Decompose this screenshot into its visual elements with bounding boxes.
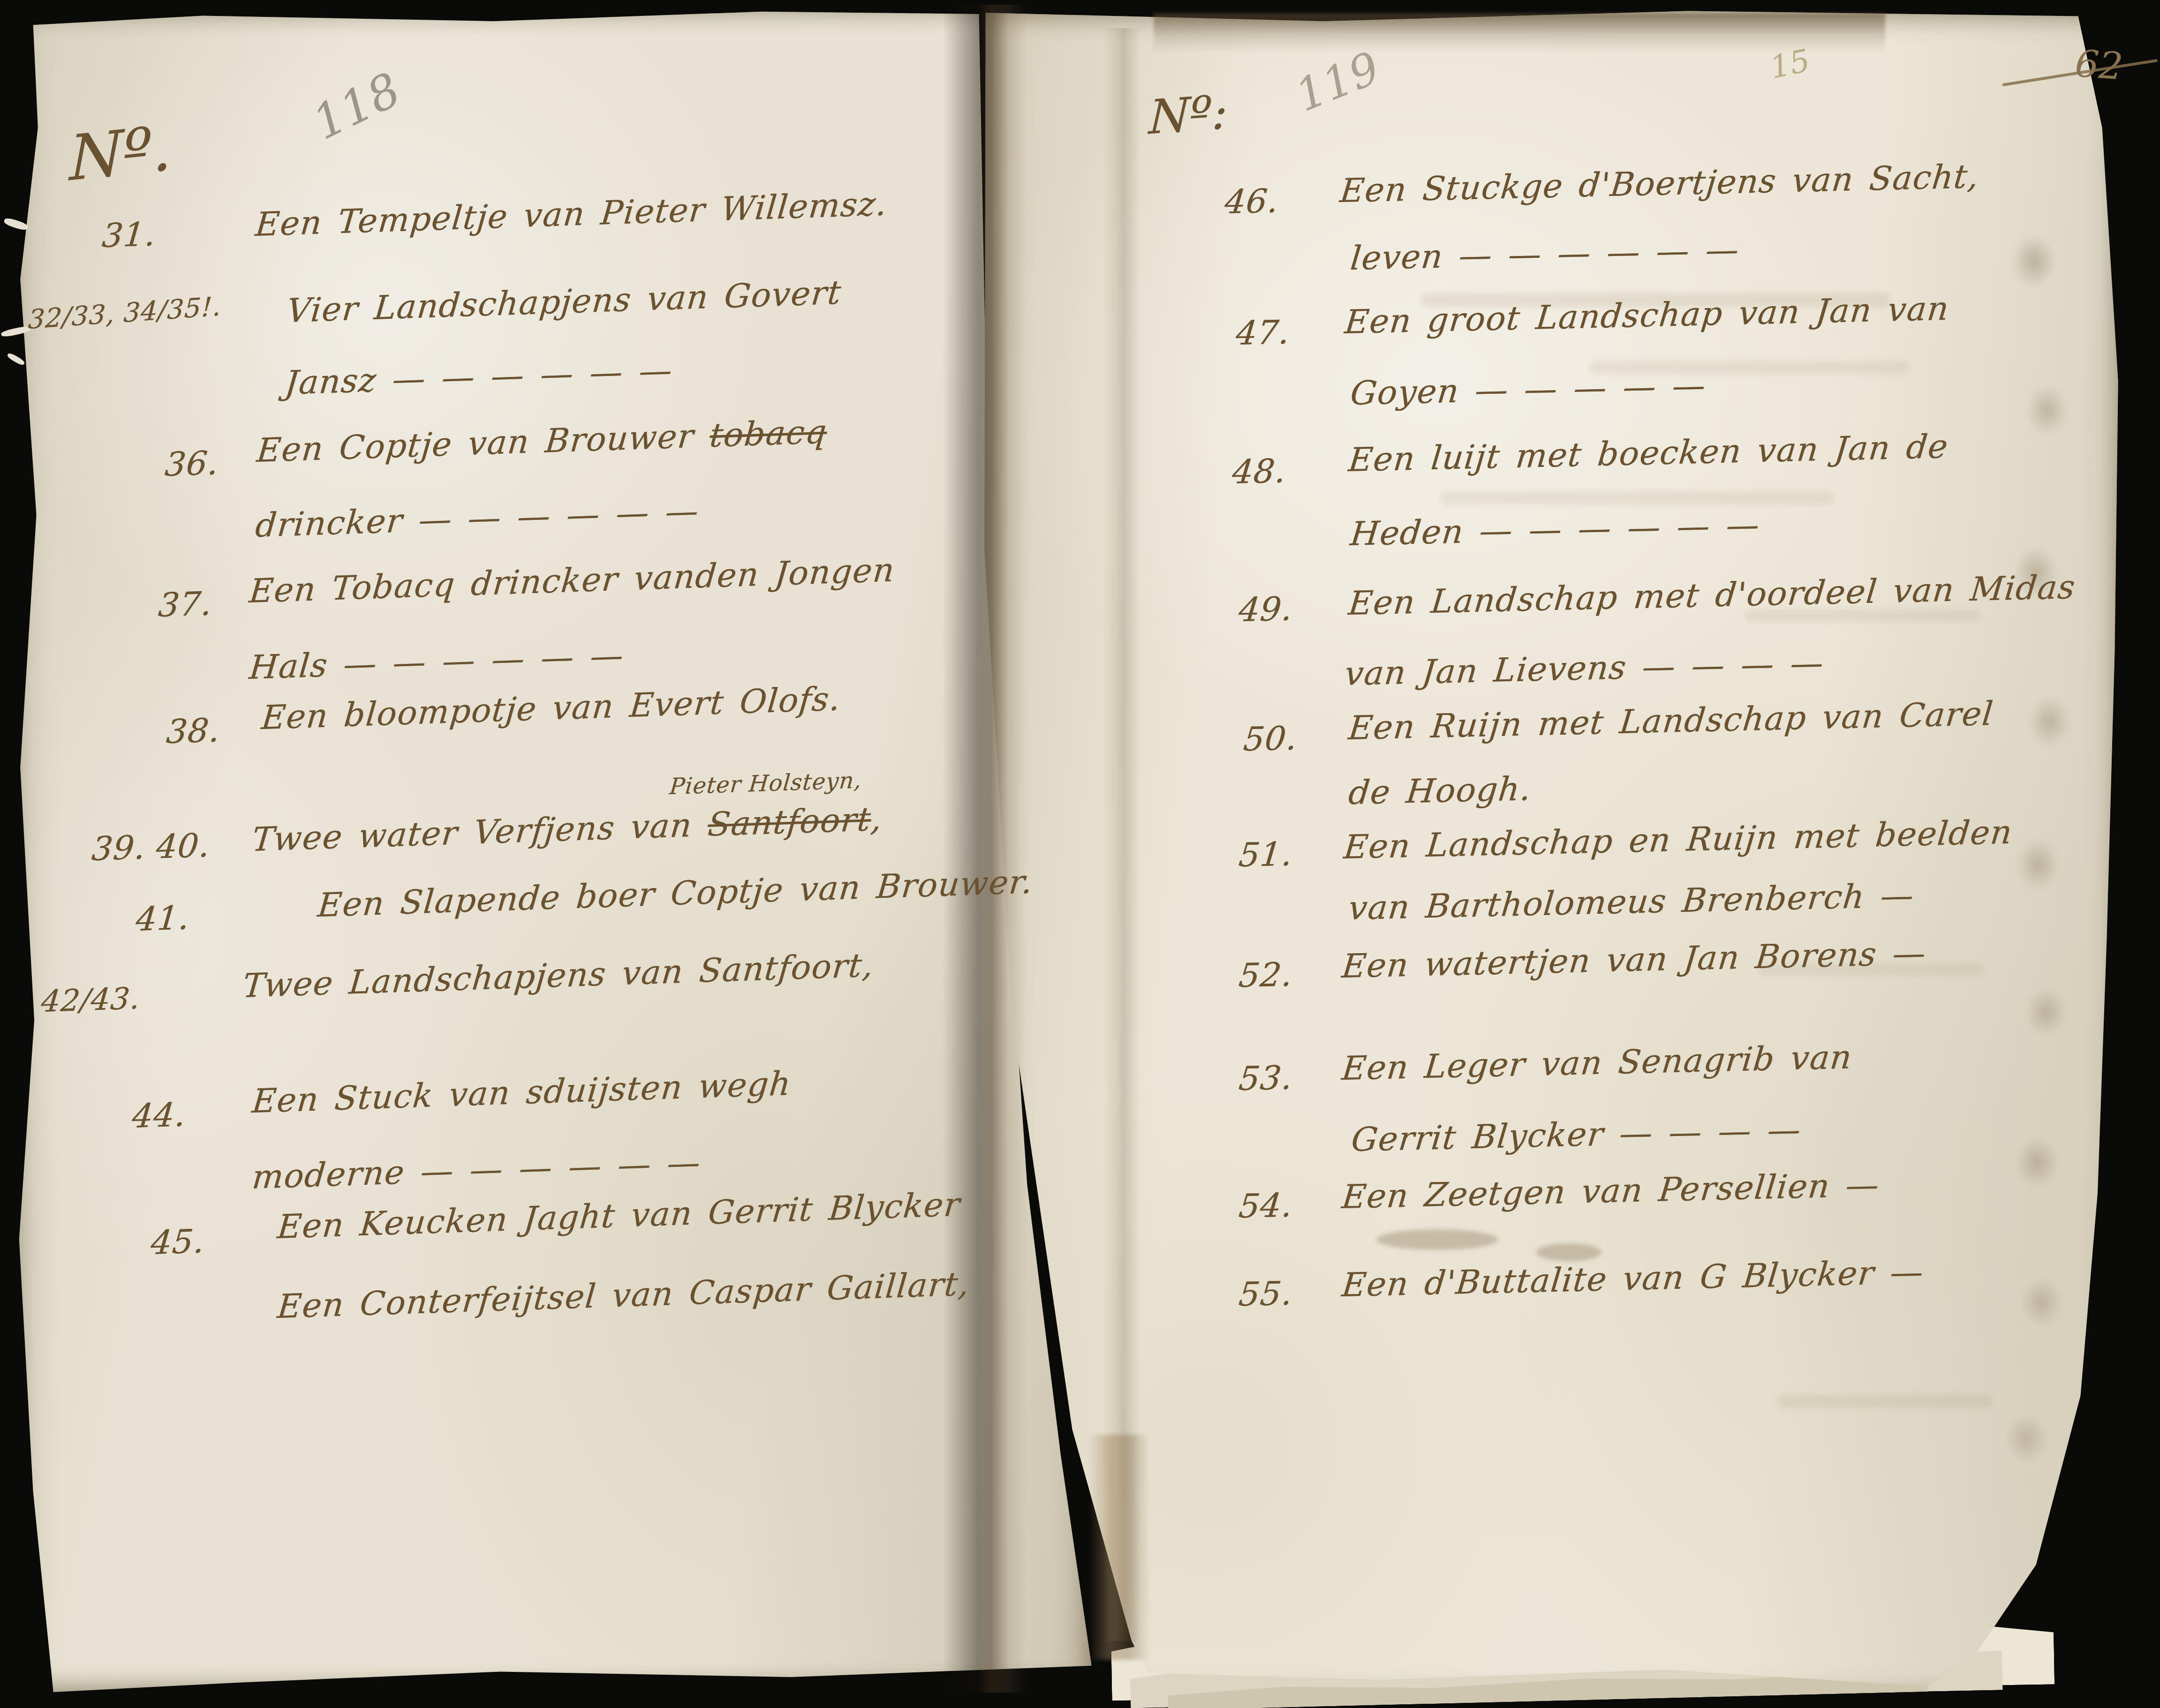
entry-number: 50. xyxy=(1242,719,1299,759)
entry-number: 41. xyxy=(134,898,191,939)
entry-number: 45. xyxy=(149,1222,206,1262)
show-through-line xyxy=(1440,491,1834,504)
entry-number: 51. xyxy=(1237,835,1295,874)
struck-word: tobacq xyxy=(708,413,829,455)
entry-text: de Hoogh. xyxy=(1347,769,1533,812)
show-through-mark xyxy=(2028,696,2070,747)
entry-number: 37. xyxy=(157,584,214,625)
numero-heading: Nº. xyxy=(69,112,172,196)
entry-number: 44. xyxy=(130,1095,188,1136)
entry-number: 42/43. xyxy=(40,981,142,1019)
entry-number: 47. xyxy=(1234,313,1292,353)
ink-smudge xyxy=(1536,1243,1601,1261)
show-through-mark xyxy=(2005,1414,2048,1464)
entry-text: Goyen — — — — — xyxy=(1349,366,1708,413)
show-through-mark xyxy=(2016,1137,2059,1189)
entry-number: 31. xyxy=(100,215,158,255)
paper-fiber xyxy=(3,217,29,231)
entry-number: 53. xyxy=(1237,1058,1295,1098)
entry-number: 39. 40. xyxy=(90,826,211,869)
entry-number: 38. xyxy=(165,711,222,751)
entry-number: 49. xyxy=(1237,589,1295,629)
entry-number: 55. xyxy=(1237,1274,1295,1314)
binding-fold-line xyxy=(1103,28,1140,1641)
show-through-mark xyxy=(2026,384,2068,436)
top-edge-stain xyxy=(1154,13,1885,53)
show-through-mark xyxy=(2025,987,2067,1038)
show-through-mark xyxy=(2012,234,2056,288)
binding-fold-shadow xyxy=(1089,1435,1150,1660)
show-through-mark xyxy=(2017,839,2060,891)
struck-word: Santfoort xyxy=(706,800,873,844)
entry-number: 46. xyxy=(1223,181,1281,221)
gutter-shadow xyxy=(943,5,1027,1693)
entry-number: 48. xyxy=(1231,451,1288,491)
entry-number: 54. xyxy=(1237,1186,1295,1226)
manuscript-photo: 118 Nº. 31. Een Tempeltje van Pieter Wil… xyxy=(0,0,2160,1708)
entry-number: 52. xyxy=(1237,955,1295,995)
show-through-mark xyxy=(2020,1278,2062,1327)
show-through-line xyxy=(1777,1395,1993,1408)
entry-number: 36. xyxy=(163,444,220,484)
paper-fiber xyxy=(7,352,26,366)
numero-heading: Nº: xyxy=(1148,84,1229,145)
ink-smudge xyxy=(1376,1229,1498,1250)
